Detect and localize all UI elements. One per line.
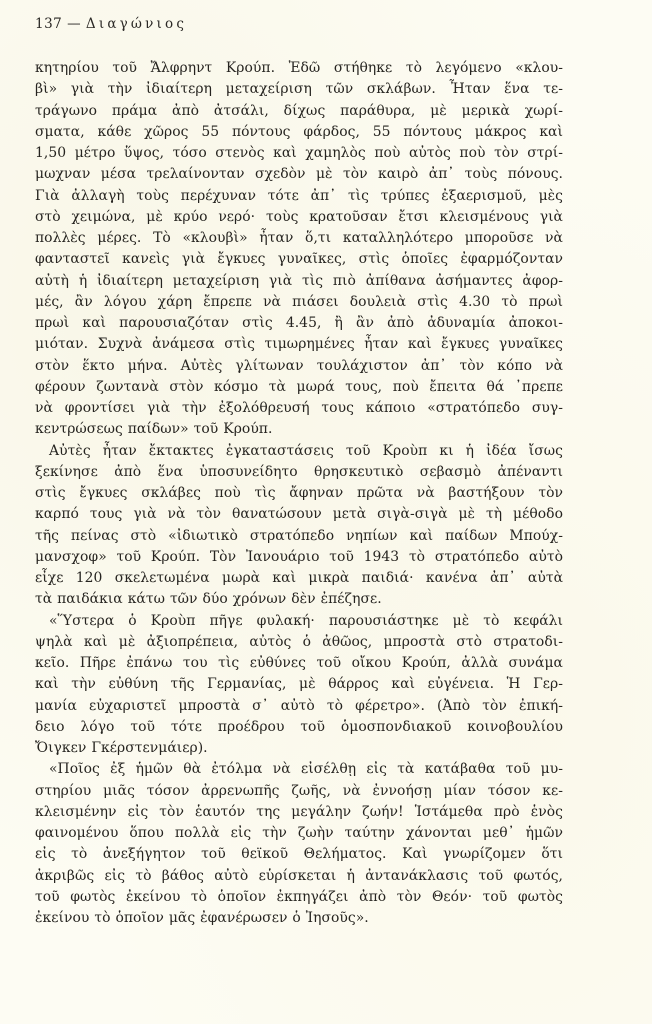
text-line: στὸν ἕκτο μήνα. Αὐτὲς γλίτωναν τουλάχιστ…: [35, 356, 563, 377]
text-line: τοῦ φωτὸς ἐκείνου τὸ ὁποῖον ἐκπηγάζει ἀπ…: [35, 887, 563, 908]
text-line: στηρίου μιᾶς τόσον ἀρρενωπῆς ζωῆς, νὰ ἐν…: [35, 781, 563, 802]
paragraph-end-line: τὰ παιδάκια κάτω τῶν δύο χρόνων δὲν ἐπέζ…: [35, 589, 563, 610]
text-line: κητηρίου τοῦ Ἄλφρηντ Κρούπ. Ἐδῶ στήθηκε …: [35, 58, 563, 79]
text-line: φανταστεῖ κανεὶς γιὰ ἔγκυες γυναῖκες, στ…: [35, 249, 563, 270]
text-line: νὰ φροντίσει γιὰ τὴν ἐξολόθρευσή τους κά…: [35, 398, 563, 419]
header-separator: —: [67, 16, 81, 32]
text-line: εἰς τὸ ἀνεξήγητον τοῦ θεϊκοῦ Θελήματος. …: [35, 844, 563, 865]
text-line: μιόταν. Συχνὰ ἀνάμεσα στὶς τιμωρημένες ἦ…: [35, 334, 563, 355]
text-line: 1,50 μέτρο ὕψος, τόσο στενὸς καὶ χαμηλὸς…: [35, 143, 563, 164]
running-title: Διαγώνιος: [86, 16, 187, 32]
paragraph-end-line: ἐκείνου τὸ ὁποῖον μᾶς ἐφανέρωσεν ὁ Ἰησοῦ…: [35, 908, 563, 929]
text-line: στὶς ἔγκυες σκλάβες ποὺ τὶς ἄφηναν πρῶτα…: [35, 483, 563, 504]
text-line: κεῖο. Πῆρε ἐπάνω του τὶς εὐθύνες τοῦ οἴκ…: [35, 653, 563, 674]
page-number: 137: [35, 16, 62, 32]
paragraph-end-line: κεντρώσεως παίδων» τοῦ Κρούπ.: [35, 419, 563, 440]
book-page: 137 — Διαγώνιος κητηρίου τοῦ Ἄλφρηντ Κρο…: [0, 0, 652, 1024]
text-line: ξεκίνησε ἀπὸ ἕνα ὑποσυνείδητο θρησκευτικ…: [35, 462, 563, 483]
paragraph-start-line: «Ὕστερα ὁ Κροὺπ πῆγε φυλακή· παρουσιάστη…: [35, 611, 563, 632]
text-line: εἶχε 120 σκελετωμένα μωρὰ καὶ μικρὰ παιδ…: [35, 568, 563, 589]
text-line: κλεισμένην εἰς τὸν ἑαυτόν της μεγάλην ζω…: [35, 802, 563, 823]
text-line: πρωὶ καὶ παρουσιαζόταν στὶς 4.45, ἢ ἂν ἀ…: [35, 313, 563, 334]
text-line: καὶ τὴν εὐθύνη τῆς Γερμανίας, μὲ θάρρος …: [35, 674, 563, 695]
body-text: κητηρίου τοῦ Ἄλφρηντ Κρούπ. Ἐδῶ στήθηκε …: [35, 58, 563, 929]
text-line: τῆς πείνας στὸ «ἰδιωτικὸ στρατόπεδο νηπί…: [35, 526, 563, 547]
text-line: φέρουν ζωντανὰ στὸν κόσμο τὰ μωρά τους, …: [35, 377, 563, 398]
text-line: αὐτὴ ἡ ἰδιαίτερη μεταχείριση γιὰ τὶς πιὸ…: [35, 271, 563, 292]
paragraph-end-line: Ὄιγκεν Γκέρστενμάιερ).: [35, 738, 563, 759]
text-line: μανία εὐχαριστεῖ μπροστὰ σ᾽ αὐτὸ τὸ φέρε…: [35, 696, 563, 717]
text-line: τράγωνο πράμα ἀπὸ ἀτσάλι, δίχως παράθυρα…: [35, 101, 563, 122]
text-line: δειο λόγο τοῦ τότε προέδρου τοῦ ὁμοσπονδ…: [35, 717, 563, 738]
text-line: στὸ χειμώνα, μὲ κρύο νερό· τοὺς κρατοῦσα…: [35, 207, 563, 228]
text-line: μωχναν μέσα τρελαίνονταν σχεδὸν μὲ τὸν κ…: [35, 164, 563, 185]
text-line: μές, ἂν λόγου χάρη ἔπρεπε νὰ πιάσει δουλ…: [35, 292, 563, 313]
text-line: καρπό τους γιὰ νὰ τὸν θανατώσουν μετὰ σι…: [35, 504, 563, 525]
text-line: μανσχοφ» τοῦ Κρούπ. Τὸν Ἰανουάριο τοῦ 19…: [35, 547, 563, 568]
text-line: πολλὲς μέρες. Τὸ «κλουβὶ» ἦταν ὅ,τι κατα…: [35, 228, 563, 249]
text-line: Γιὰ ἀλλαγὴ τοὺς περέχυναν τότε ἀπ᾽ τὶς τ…: [35, 186, 563, 207]
text-line: σματα, κάθε χῶρος 55 πόντους φάρδος, 55 …: [35, 122, 563, 143]
running-head: 137 — Διαγώνιος: [35, 16, 187, 32]
paragraph-start-line: «Ποῖος ἐξ ἡμῶν θὰ ἐτόλμα νὰ εἰσέλθῃ εἰς …: [35, 759, 563, 780]
text-line: βὶ» γιὰ τὴν ἰδιαίτερη μεταχείριση τῶν σκ…: [35, 79, 563, 100]
text-line: ἀκριβῶς εἰς τὸ βάθος αὐτὸ εὑρίσκεται ἡ ἀ…: [35, 866, 563, 887]
text-line: ψηλὰ καὶ μὲ ἀξιοπρέπεια, αὐτὸς ὁ ἀθῶος, …: [35, 632, 563, 653]
text-line: φαινομένου ὅπου πολλὰ εἰς τὴν ζωὴν ταύτη…: [35, 823, 563, 844]
paragraph-start-line: Αὐτὲς ἦταν ἔκτακτες ἐγκαταστάσεις τοῦ Κρ…: [35, 441, 563, 462]
